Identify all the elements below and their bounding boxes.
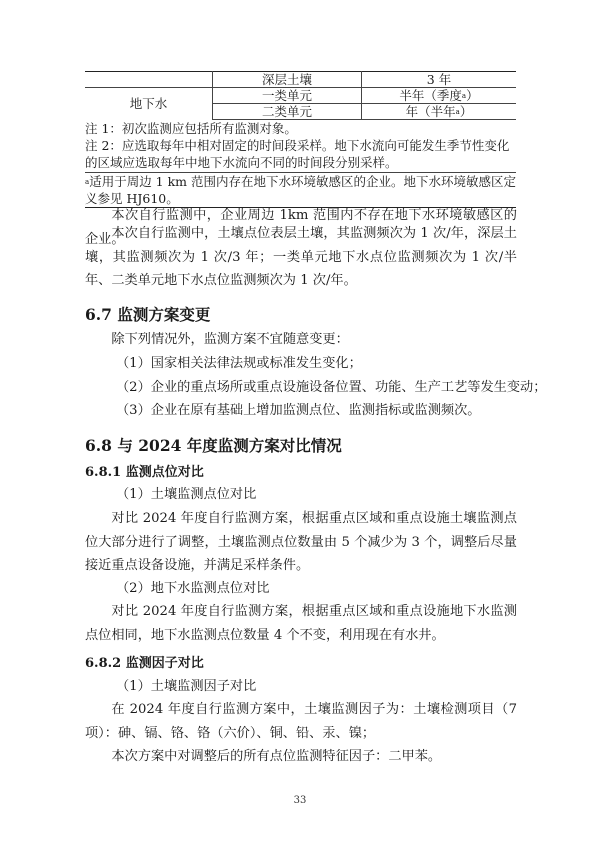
paragraph: 对比 2024 年度自行监测方案，根据重点区域和重点设施地下水监测点位相同，地下…	[85, 600, 517, 647]
paragraph: 对比 2024 年度自行监测方案，根据重点区域和重点设施土壤监测点位大部分进行了…	[85, 507, 517, 578]
subsection-heading-6-8-2: 6.8.2 监测因子对比	[85, 652, 204, 671]
list-item: （2）企业的重点场所或重点设施设备位置、功能、生产工艺等发生变动；	[116, 376, 546, 399]
table-note-2: 注 2：应选取每年中相对固定的时间段采样。地下水流向可能发生季节性变化的区域应选…	[85, 137, 517, 171]
table-cell: 半年（季度a）	[362, 88, 517, 104]
page-number: 33	[0, 795, 600, 806]
paragraph: 在 2024 年度自行监测方案中，土壤监测因子为：土壤检测项目（7 项）：砷、镉…	[85, 698, 517, 745]
table-cell-text: 半年（季度	[399, 88, 462, 103]
table-cell-text: 3 年	[427, 72, 451, 87]
monitoring-frequency-table: 深层土壤 3 年 地下水 一类单元 半年（季度a） 二类单元 年（半年a）	[85, 71, 516, 120]
table-footnote: a适用于周边 1 km 范围内存在地下水环境敏感区的企业。地下水环境敏感区定义参…	[85, 173, 517, 207]
document-page: 深层土壤 3 年 地下水 一类单元 半年（季度a） 二类单元 年（半年a） 注 …	[0, 0, 600, 848]
paragraph: 除下列情况外，监测方案不宜随意变更：	[85, 328, 517, 352]
footnote-marker: a	[462, 92, 466, 100]
table-note-1: 注 1：初次监测应包括所有监测对象。	[85, 120, 517, 137]
table-cell: 3 年	[362, 72, 517, 88]
list-item: （1）国家相关法律法规或标准发生变化；	[116, 352, 362, 375]
table-cell-text: ）	[460, 104, 473, 119]
list-item: （1）土壤监测点位对比	[116, 483, 256, 506]
table-row: 地下水 一类单元 半年（季度a）	[85, 88, 516, 104]
list-item: （1）土壤监测因子对比	[116, 675, 256, 698]
section-heading-6-7: 6.7 监测方案变更	[85, 303, 210, 325]
footnote-marker: a	[456, 108, 460, 116]
subsection-heading-6-8-1: 6.8.1 监测点位对比	[85, 461, 204, 480]
list-item: （2）地下水监测点位对比	[116, 577, 269, 600]
table-cell: 深层土壤	[213, 72, 362, 88]
footnote-marker: a	[85, 178, 89, 186]
table-cell-text: 年（半年	[406, 104, 456, 119]
table-cell: 一类单元	[213, 88, 362, 104]
table-cell-text: ）	[466, 88, 479, 103]
table-row: 深层土壤 3 年	[85, 72, 516, 88]
list-item: （3）企业在原有基础上增加监测点位、监测指标或监测频次。	[116, 399, 480, 422]
section-heading-6-8: 6.8 与 2024 年度监测方案对比情况	[85, 434, 342, 456]
table-cell: 二类单元	[213, 104, 362, 120]
paragraph: 本次自行监测中，土壤点位表层土壤，其监测频次为 1 次/年，深层土壤，其监测频次…	[85, 222, 517, 293]
paragraph: 本次方案中对调整后的所有点位监测特征因子：二甲苯。	[85, 745, 517, 769]
table-cell	[85, 72, 213, 88]
footnote-text: 适用于周边 1 km 范围内存在地下水环境敏感区的企业。地下水环境敏感区定义参见…	[85, 174, 516, 206]
table-cell: 年（半年a）	[362, 104, 517, 120]
table-cell-groundwater: 地下水	[85, 88, 213, 120]
